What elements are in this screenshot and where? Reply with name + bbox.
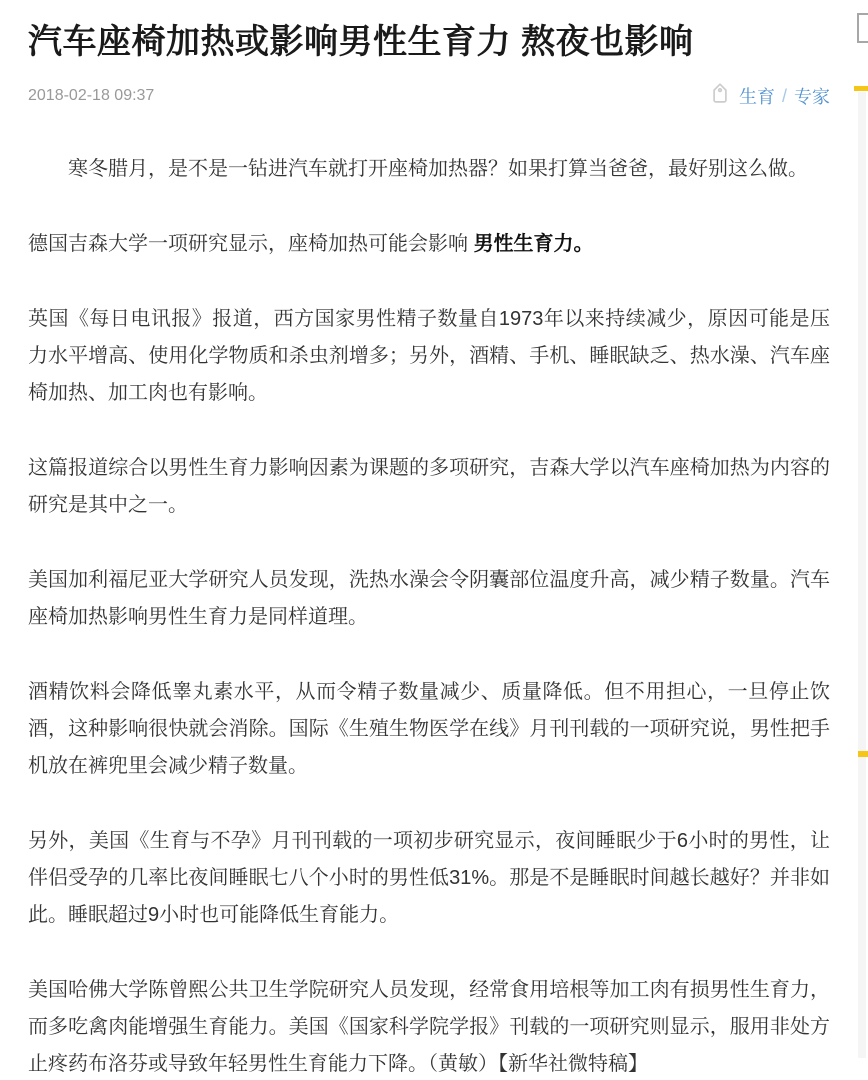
tag-separator: / xyxy=(782,86,787,107)
tag-area: 生育 / 专家 xyxy=(709,83,830,109)
paragraph-text: 美国哈佛大学陈曾熙公共卫生学院研究人员发现，经常食用培根等加工肉有损男性生育力，… xyxy=(28,979,830,1075)
tag-link-fertility[interactable]: 生育 xyxy=(739,83,775,109)
tag-icon xyxy=(709,85,731,107)
paragraph-bold-text: 男性生育力。 xyxy=(474,233,594,255)
paragraph-text: 英国《每日电讯报》报道，西方国家男性精子数量自1973年以来持续减少，原因可能是… xyxy=(28,308,830,404)
paragraph: 英国《每日电讯报》报道，西方国家男性精子数量自1973年以来持续减少，原因可能是… xyxy=(28,301,830,412)
paragraph: 另外，美国《生育与不孕》月刊刊载的一项初步研究显示，夜间睡眠少于6小时的男性，让… xyxy=(28,823,830,934)
publish-date: 2018-02-18 09:37 xyxy=(28,87,154,105)
scrollbar-find-marker xyxy=(858,751,868,757)
paragraph-text: 这篇报道综合以男性生育力影响因素为课题的多项研究，吉森大学以汽车座椅加热为内容的… xyxy=(28,457,830,516)
paragraph: 美国加利福尼亚大学研究人员发现，洗热水澡会令阴囊部位温度升高，减少精子数量。汽车… xyxy=(28,562,830,636)
paragraph: 德国吉森大学一项研究显示，座椅加热可能会影响 男性生育力。 xyxy=(28,226,830,263)
article-body: 寒冬腊月，是不是一钻进汽车就打开座椅加热器？如果打算当爸爸，最好别这么做。 德国… xyxy=(28,151,830,1080)
paragraph-text: 德国吉森大学一项研究显示，座椅加热可能会影响 xyxy=(28,233,474,255)
page-title: 汽车座椅加热或影响男性生育力 熬夜也影响 xyxy=(28,20,830,64)
find-bar-fragment xyxy=(857,13,868,43)
paragraph-text: 寒冬腊月，是不是一钻进汽车就打开座椅加热器？如果打算当爸爸，最好别这么做。 xyxy=(68,158,808,180)
paragraph: 寒冬腊月，是不是一钻进汽车就打开座椅加热器？如果打算当爸爸，最好别这么做。 xyxy=(28,151,830,188)
paragraph-text: 酒精饮料会降低睾丸素水平，从而令精子数量减少、质量降低。但不用担心，一旦停止饮酒… xyxy=(28,681,830,777)
paragraph: 酒精饮料会降低睾丸素水平，从而令精子数量减少、质量降低。但不用担心，一旦停止饮酒… xyxy=(28,674,830,785)
article-container: 汽车座椅加热或影响男性生育力 熬夜也影响 2018-02-18 09:37 生育… xyxy=(28,20,830,1080)
scrollbar-find-marker xyxy=(854,86,868,91)
paragraph-text: 美国加利福尼亚大学研究人员发现，洗热水澡会令阴囊部位温度升高，减少精子数量。汽车… xyxy=(28,569,830,628)
tag-link-expert[interactable]: 专家 xyxy=(794,83,830,109)
paragraph: 这篇报道综合以男性生育力影响因素为课题的多项研究，吉森大学以汽车座椅加热为内容的… xyxy=(28,450,830,524)
scrollbar-track[interactable] xyxy=(858,92,866,1058)
paragraph: 美国哈佛大学陈曾熙公共卫生学院研究人员发现，经常食用培根等加工肉有损男性生育力，… xyxy=(28,972,830,1080)
paragraph-text: 另外，美国《生育与不孕》月刊刊载的一项初步研究显示，夜间睡眠少于6小时的男性，让… xyxy=(28,830,830,926)
article-meta-row: 2018-02-18 09:37 生育 / 专家 xyxy=(28,84,830,108)
